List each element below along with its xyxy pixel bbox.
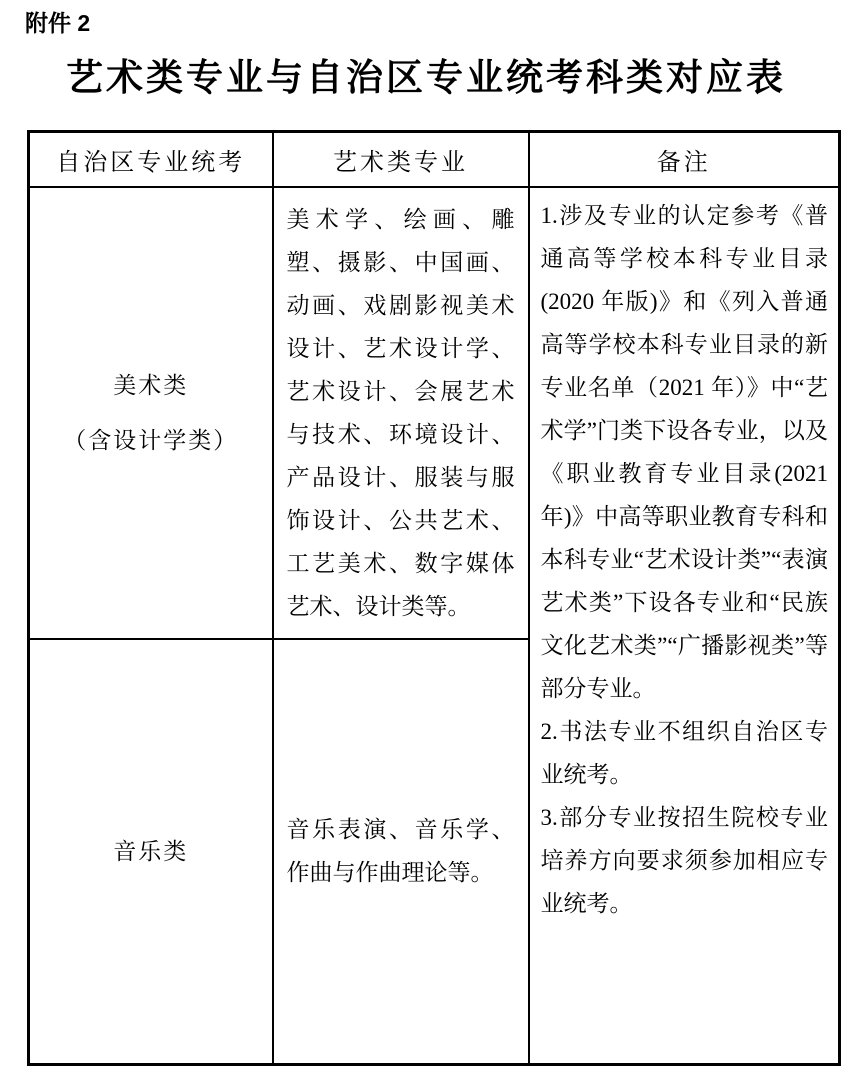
category-fine-arts-note: （含设计学类） <box>30 413 272 468</box>
remark-item-2: 2.书法专业不组织自治区专业统考。 <box>541 710 829 796</box>
col-header-exam-category: 自治区专业统考 <box>29 132 273 187</box>
col-header-art-majors: 艺术类专业 <box>273 132 529 187</box>
header-row: 自治区专业统考 艺术类专业 备注 <box>29 132 840 187</box>
attachment-label: 附件 2 <box>25 8 852 38</box>
table-row-fine-arts: 美术类 （含设计学类） 美术学、绘画、雕塑、摄影、中国画、动画、戏剧影视美术设计… <box>29 187 840 639</box>
remark-item-3: 3.部分专业按招生院校专业培养方向要求须参加相应专业统考。 <box>541 796 829 925</box>
col-header-remarks: 备注 <box>529 132 840 187</box>
category-fine-arts-name: 美术类 <box>30 358 272 413</box>
category-cell-music: 音乐类 <box>29 639 273 1065</box>
majors-cell-music: 音乐表演、音乐学、作曲与作曲理论等。 <box>273 639 529 1065</box>
majors-cell-fine-arts: 美术学、绘画、雕塑、摄影、中国画、动画、戏剧影视美术设计、艺术设计学、艺术设计、… <box>273 187 529 639</box>
remarks-cell: 1.涉及专业的认定参考《普通高等学校本科专业目录(2020 年版)》和《列入普通… <box>529 187 840 1065</box>
category-cell-fine-arts: 美术类 （含设计学类） <box>29 187 273 639</box>
page-title: 艺术类专业与自治区专业统考科类对应表 <box>0 54 852 102</box>
mapping-table: 自治区专业统考 艺术类专业 备注 美术类 （含设计学类） 美术学、绘画、雕塑、摄… <box>27 130 841 1066</box>
document-page: 附件 2 艺术类专业与自治区专业统考科类对应表 自治区专业统考 艺术类专业 备注… <box>0 8 852 1066</box>
remark-item-1: 1.涉及专业的认定参考《普通高等学校本科专业目录(2020 年版)》和《列入普通… <box>541 194 829 710</box>
